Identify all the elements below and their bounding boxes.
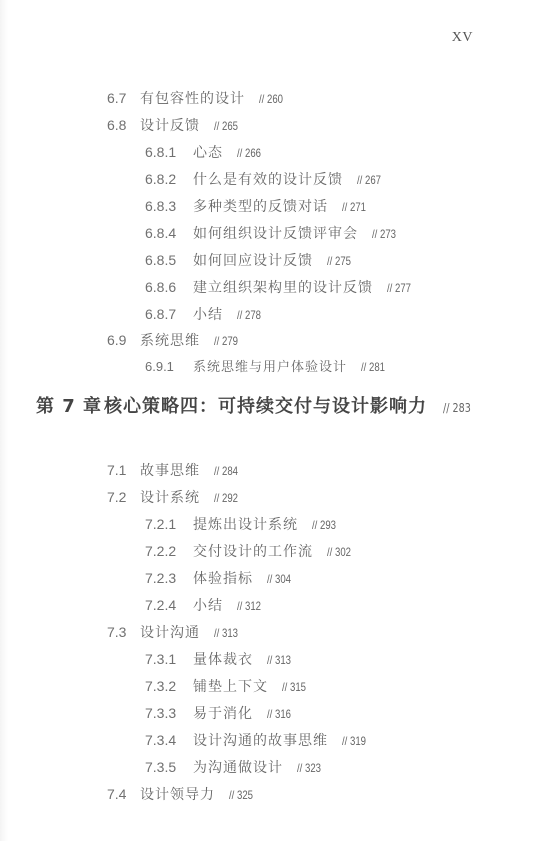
toc-entry-7-2-3[interactable]: 7.2.3体验指标// 304	[145, 569, 297, 587]
entry-title: 故事思维	[140, 463, 200, 479]
toc-entry-7-1[interactable]: 7.1故事思维// 284	[107, 461, 244, 479]
entry-title: 体验指标	[193, 571, 253, 587]
toc-entry-6-8-2[interactable]: 6.8.2什么是有效的设计反馈// 267	[145, 170, 387, 188]
entry-title: 设计沟通	[140, 625, 200, 641]
entry-number: 7.2.1	[145, 515, 193, 533]
page-number-folio: XV	[452, 30, 473, 46]
entry-title: 心态	[193, 145, 223, 161]
entry-number: 6.8.2	[145, 170, 193, 188]
entry-page: // 316	[267, 705, 291, 723]
entry-title: 什么是有效的设计反馈	[193, 172, 343, 188]
entry-title: 设计沟通的故事思维	[193, 733, 328, 749]
entry-number: 6.8.5	[145, 251, 193, 269]
toc-entry-7-2[interactable]: 7.2设计系统// 292	[107, 488, 244, 506]
entry-number: 6.8.4	[145, 224, 193, 242]
entry-page: // 260	[259, 90, 283, 108]
entry-number: 7.3.4	[145, 731, 193, 749]
entry-title: 小结	[193, 598, 223, 614]
entry-number: 7.3.3	[145, 704, 193, 722]
entry-title: 有包容性的设计	[140, 91, 245, 107]
entry-number: 7.2.4	[145, 596, 193, 614]
entry-page: // 281	[361, 358, 385, 376]
toc-entry-7-2-1[interactable]: 7.2.1提炼出设计系统// 293	[145, 515, 342, 533]
toc-entry-7-4[interactable]: 7.4设计领导力// 325	[107, 785, 259, 803]
entry-page: // 278	[237, 306, 261, 324]
entry-page: // 313	[267, 651, 291, 669]
entry-number: 7.3.1	[145, 650, 193, 668]
entry-number: 6.9.1	[145, 358, 193, 376]
toc-entry-6-8[interactable]: 6.8设计反馈// 265	[107, 116, 244, 134]
toc-entry-6-8-1[interactable]: 6.8.1心态// 266	[145, 143, 267, 161]
entry-page: // 265	[214, 117, 238, 135]
entry-page: // 267	[357, 171, 381, 189]
entry-title: 设计反馈	[140, 118, 200, 134]
entry-number: 7.3.2	[145, 677, 193, 695]
entry-page: // 319	[342, 732, 366, 750]
toc-entry-7-3-4[interactable]: 7.3.4设计沟通的故事思维// 319	[145, 731, 372, 749]
entry-page: // 315	[282, 678, 306, 696]
entry-number: 7.1	[107, 461, 140, 479]
entry-title: 设计系统	[140, 490, 200, 506]
entry-page: // 279	[214, 332, 238, 350]
entry-page: // 312	[237, 597, 261, 615]
entry-number: 6.7	[107, 89, 140, 107]
toc-entry-6-8-4[interactable]: 6.8.4如何组织设计反馈评审会// 273	[145, 224, 402, 242]
entry-title: 小结	[193, 307, 223, 323]
entry-number: 6.8.1	[145, 143, 193, 161]
entry-page: // 284	[214, 462, 238, 480]
entry-title: 交付设计的工作流	[193, 544, 313, 560]
entry-number: 6.8	[107, 116, 140, 134]
entry-title: 如何回应设计反馈	[193, 253, 313, 269]
entry-number: 7.2	[107, 488, 140, 506]
entry-page: // 313	[214, 624, 238, 642]
toc-entry-7-3-1[interactable]: 7.3.1量体裁衣// 313	[145, 650, 297, 668]
entry-page: // 293	[312, 516, 336, 534]
chapter-title: 核心策略四：可持续交付与设计影响力	[104, 396, 427, 417]
entry-title: 为沟通做设计	[193, 760, 283, 776]
entry-number: 7.2.3	[145, 569, 193, 587]
entry-title: 铺垫上下文	[193, 679, 268, 695]
chapter-number: 第 7 章	[36, 396, 104, 418]
entry-title: 易于消化	[193, 706, 253, 722]
toc-entry-7-3[interactable]: 7.3设计沟通// 313	[107, 623, 244, 641]
toc-chapter-7-heading[interactable]: 第 7 章核心策略四：可持续交付与设计影响力// 283	[36, 396, 478, 419]
toc-entry-6-9-1[interactable]: 6.9.1系统思维与用户体验设计// 281	[145, 358, 391, 376]
toc-entry-7-2-2[interactable]: 7.2.2交付设计的工作流// 302	[145, 542, 357, 560]
entry-page: // 304	[267, 570, 291, 588]
book-page: XV 6.7有包容性的设计// 260 6.8设计反馈// 265 6.8.1心…	[0, 0, 559, 841]
entry-page: // 273	[372, 225, 396, 243]
entry-number: 7.3.5	[145, 758, 193, 776]
toc-entry-6-7[interactable]: 6.7有包容性的设计// 260	[107, 89, 289, 107]
entry-page: // 266	[237, 144, 261, 162]
entry-number: 7.2.2	[145, 542, 193, 560]
entry-title: 提炼出设计系统	[193, 517, 298, 533]
entry-title: 系统思维与用户体验设计	[193, 360, 347, 375]
entry-title: 量体裁衣	[193, 652, 253, 668]
toc-entry-6-8-5[interactable]: 6.8.5如何回应设计反馈// 275	[145, 251, 357, 269]
entry-page: // 277	[387, 279, 411, 297]
toc-entry-7-2-4[interactable]: 7.2.4小结// 312	[145, 596, 267, 614]
entry-number: 7.3	[107, 623, 140, 641]
entry-number: 6.8.7	[145, 305, 193, 323]
entry-title: 如何组织设计反馈评审会	[193, 226, 358, 242]
toc-entry-7-3-2[interactable]: 7.3.2铺垫上下文// 315	[145, 677, 312, 695]
entry-page: // 302	[327, 543, 351, 561]
entry-number: 7.4	[107, 785, 140, 803]
toc-entry-6-8-7[interactable]: 6.8.7小结// 278	[145, 305, 267, 323]
entry-page: // 323	[297, 759, 321, 777]
toc-entry-7-3-5[interactable]: 7.3.5为沟通做设计// 323	[145, 758, 327, 776]
entry-page: // 325	[229, 786, 253, 804]
entry-title: 多种类型的反馈对话	[193, 199, 328, 215]
entry-number: 6.8.6	[145, 278, 193, 296]
toc-entry-6-8-6[interactable]: 6.8.6建立组织架构里的设计反馈// 277	[145, 278, 417, 296]
entry-number: 6.8.3	[145, 197, 193, 215]
entry-title: 系统思维	[140, 333, 200, 349]
entry-title: 建立组织架构里的设计反馈	[193, 280, 373, 296]
entry-title: 设计领导力	[140, 787, 215, 803]
entry-page: // 271	[342, 198, 366, 216]
entry-number: 6.9	[107, 331, 140, 349]
entry-page: // 292	[214, 489, 238, 507]
entry-page: // 275	[327, 252, 351, 270]
toc-entry-7-3-3[interactable]: 7.3.3易于消化// 316	[145, 704, 297, 722]
toc-entry-6-9[interactable]: 6.9系统思维// 279	[107, 331, 244, 349]
chapter-page: // 283	[443, 397, 471, 419]
toc-entry-6-8-3[interactable]: 6.8.3多种类型的反馈对话// 271	[145, 197, 372, 215]
